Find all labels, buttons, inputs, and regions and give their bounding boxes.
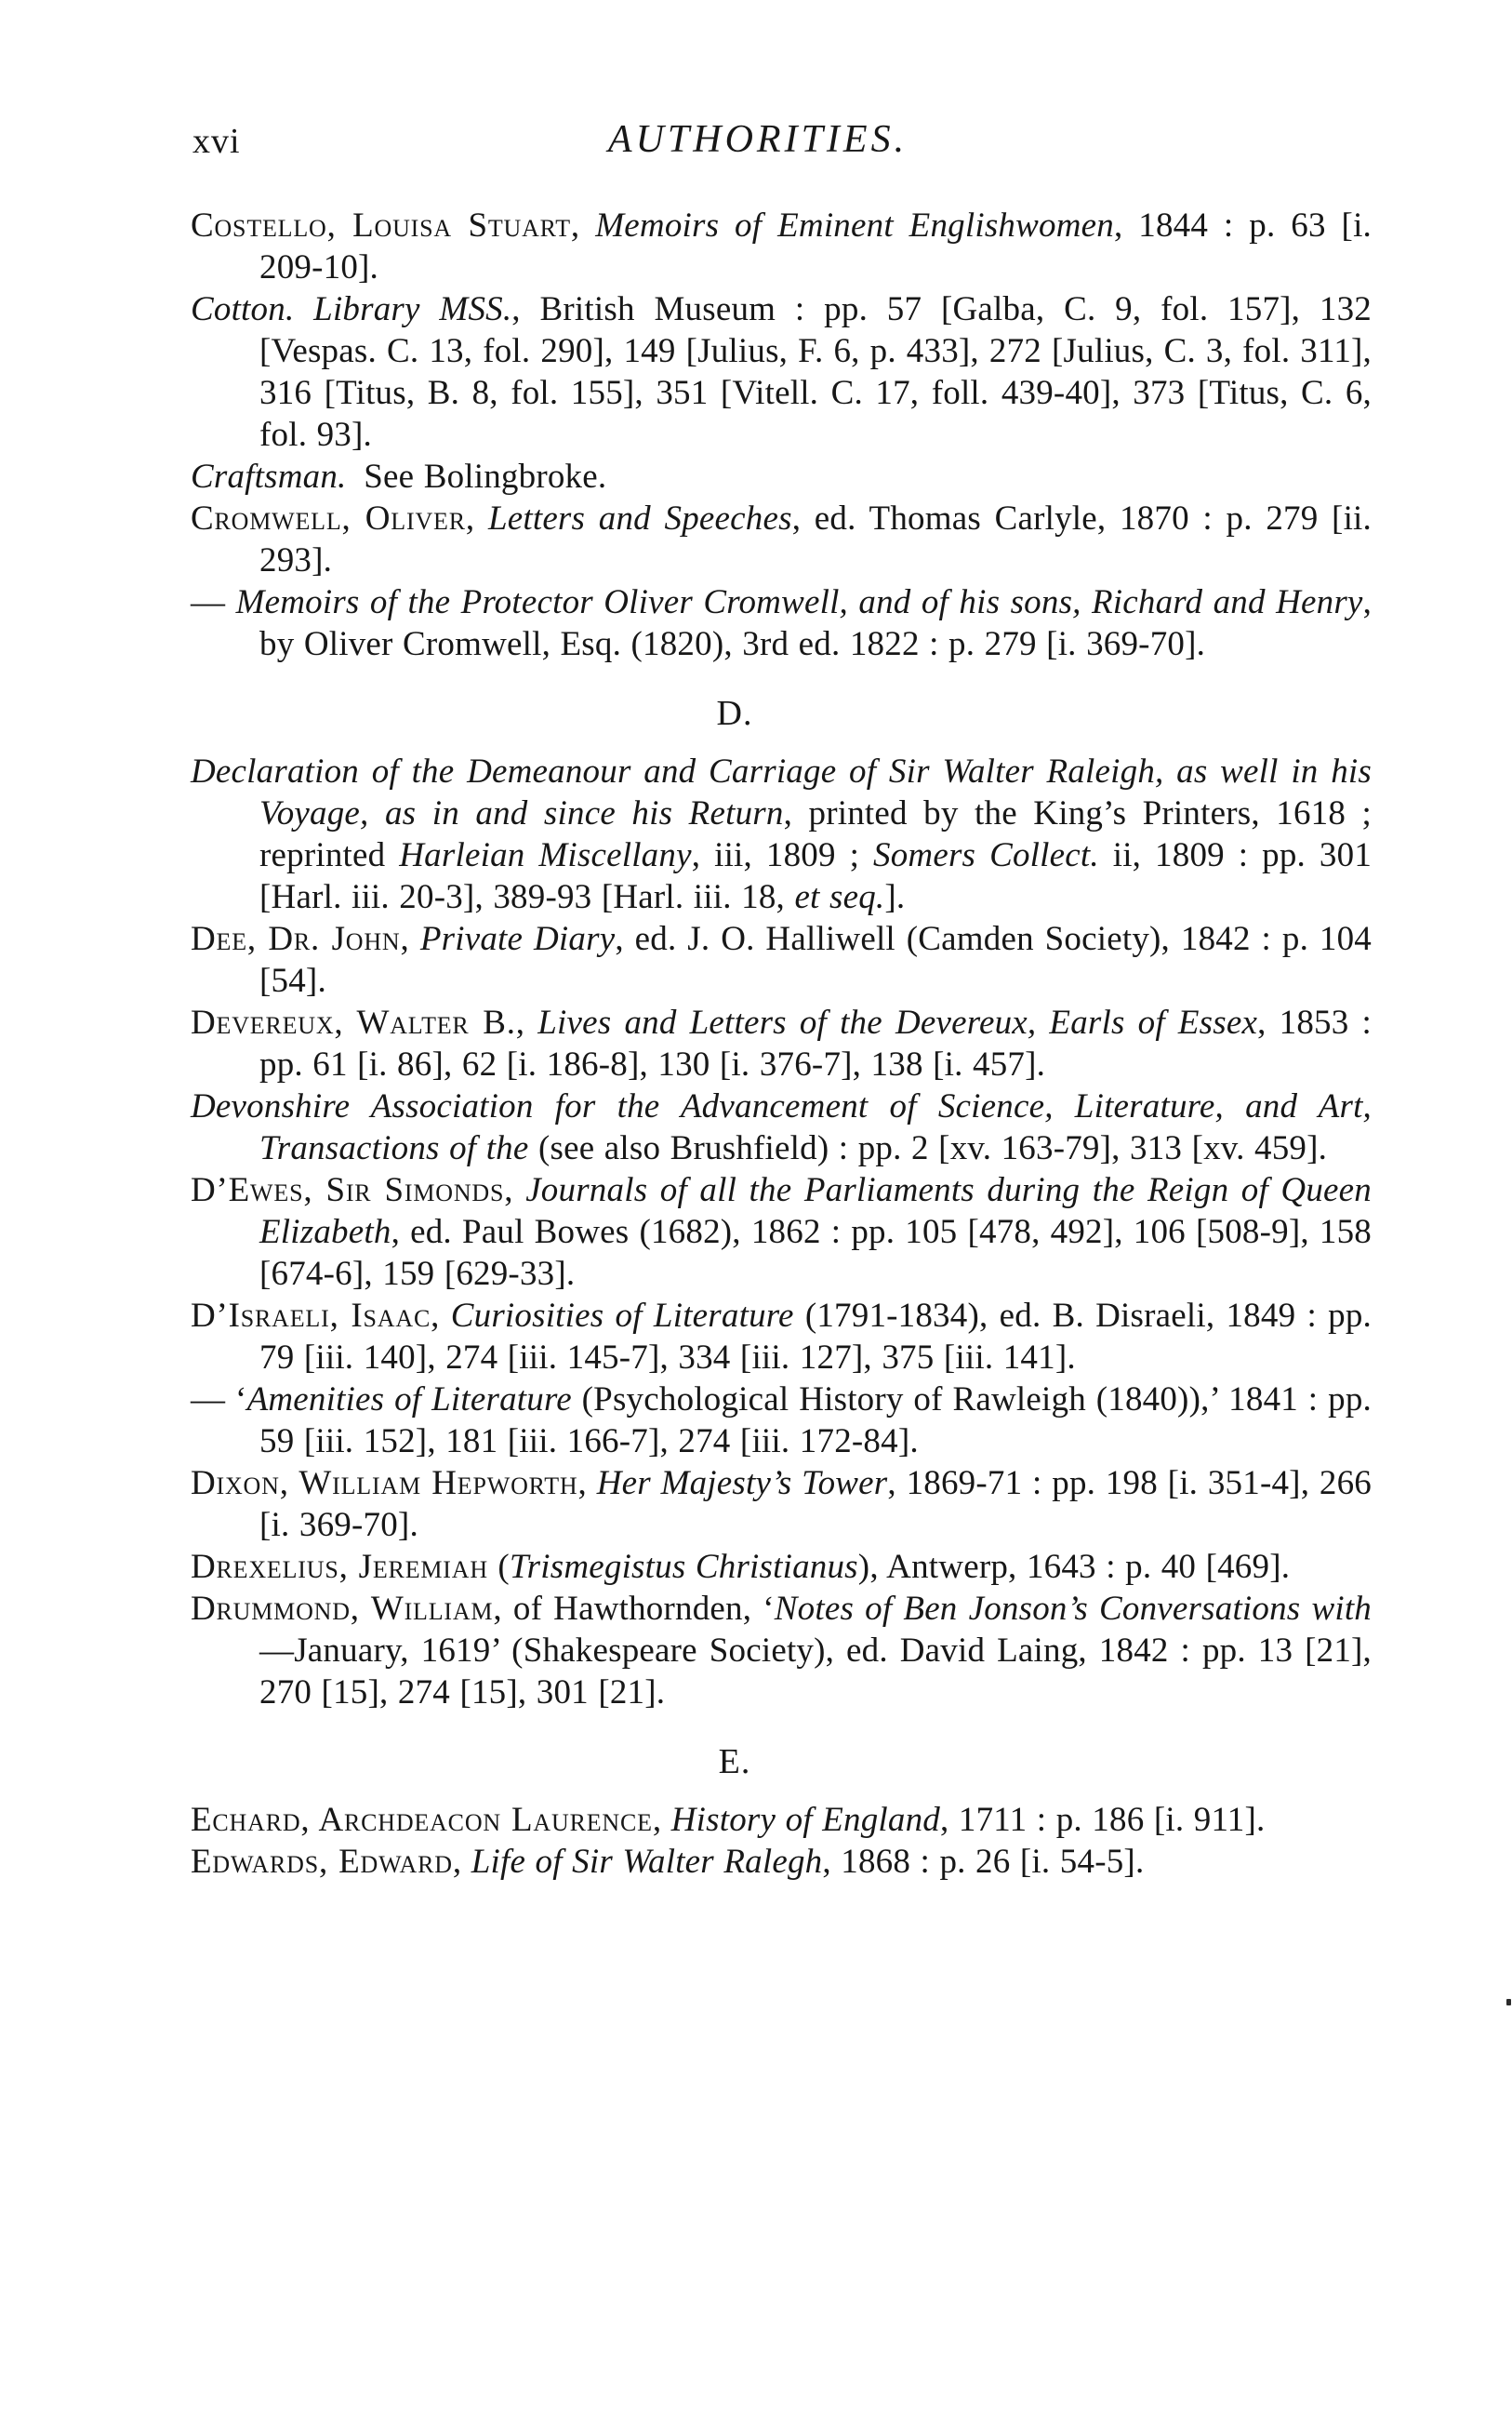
entry-segment-plain: ), Antwerp, 1643 : p. 40 [469].: [858, 1548, 1290, 1586]
entry-segment-smallcaps: Drexelius, Jeremiah: [191, 1548, 488, 1586]
bibliography-entry: Edwards, Edward, Life of Sir Walter Rale…: [191, 1841, 1372, 1883]
page-header: xvi AUTHORITIES.: [191, 117, 1372, 166]
bibliography-entry: Dee, Dr. John, Private Diary, ed. J. O. …: [191, 918, 1372, 1002]
entry-segment-italic: Lives and Letters of the Devereux, Earls…: [537, 1004, 1257, 1042]
entry-segment-plain: (see also Brushfield) : pp. 2 [xv. 163-7…: [529, 1129, 1328, 1167]
entry-segment-italic: Trismegistus Christianus: [510, 1548, 858, 1586]
entry-segment-smallcaps: Devereux, Walter B.: [191, 1004, 516, 1042]
entry-segment-italic: Cotton. Library MSS.: [191, 290, 511, 328]
entry-segment-plain: , ed. Paul Bowes (1682), 1862 : pp. 105 …: [259, 1213, 1372, 1293]
entry-segment-italic: Somers Collect.: [873, 836, 1099, 874]
entry-segment-italic: Private Diary: [420, 920, 616, 958]
ink-speck: [1506, 1999, 1511, 2005]
bibliography-entry: D’Ewes, Sir Simonds, Journals of all the…: [191, 1169, 1372, 1295]
bibliography-entry: Drummond, William, of Hawthornden, ‘Note…: [191, 1588, 1372, 1713]
entry-segment-plain: —: [191, 583, 236, 621]
bibliography: Costello, Louisa Stuart, Memoirs of Emin…: [191, 205, 1372, 1883]
entry-segment-plain: ].: [884, 878, 905, 916]
entry-segment-italic: Notes of Ben Jonson’s Conversations with: [775, 1590, 1372, 1628]
bibliography-entry: Declaration of the Demeanour and Carriag…: [191, 751, 1372, 918]
section-heading: D.: [191, 692, 1279, 735]
bibliography-entry: — Memoirs of the Protector Oliver Cromwe…: [191, 581, 1372, 665]
entry-segment-plain: , 1868 : p. 26 [i. 54-5].: [822, 1843, 1144, 1881]
entry-segment-italic: Amenities of Literature: [247, 1380, 572, 1419]
entry-segment-plain: — ‘: [191, 1380, 247, 1419]
bibliography-entry: Devereux, Walter B., Lives and Letters o…: [191, 1002, 1372, 1086]
bibliography-entry: Cromwell, Oliver, Letters and Speeches, …: [191, 498, 1372, 581]
entry-segment-italic: Life of Sir Walter Ralegh: [471, 1843, 823, 1881]
entry-segment-plain: ,: [401, 920, 420, 958]
entry-segment-italic: Craftsman.: [191, 458, 347, 496]
entry-segment-smallcaps: Drummond, William: [191, 1590, 493, 1628]
entry-segment-italic: Letters and Speeches: [488, 500, 792, 538]
section-heading: E.: [191, 1740, 1279, 1783]
entry-segment-plain: ,: [453, 1843, 471, 1881]
bibliography-entry: — ‘Amenities of Literature (Psychologica…: [191, 1379, 1372, 1462]
entry-segment-plain: See Bolingbroke.: [347, 458, 607, 496]
entry-segment-smallcaps: Dee, Dr. John: [191, 920, 401, 958]
bibliography-entry: D’Israeli, Isaac, Curiosities of Literat…: [191, 1295, 1372, 1379]
bibliography-entry: Dixon, William Hepworth, Her Majesty’s T…: [191, 1462, 1372, 1546]
entry-segment-italic: Harleian Miscellany: [399, 836, 691, 874]
entry-segment-italic: Curiosities of Literature: [451, 1297, 794, 1335]
entry-segment-plain: ,: [431, 1297, 451, 1335]
bibliography-entry: Devonshire Association for the Advanceme…: [191, 1086, 1372, 1169]
entry-segment-smallcaps: Dixon, William Hepworth: [191, 1464, 577, 1502]
bibliography-entry: Echard, Archdeacon Laurence, History of …: [191, 1799, 1372, 1841]
entry-segment-plain: ,: [466, 500, 488, 538]
entry-segment-italic: Memoirs of Eminent Englishwomen: [595, 206, 1114, 245]
entry-segment-smallcaps: Echard, Archdeacon Laurence: [191, 1801, 653, 1839]
entry-segment-plain: , iii, 1809 ;: [692, 836, 873, 874]
bibliography-entry: Craftsman. See Bolingbroke.: [191, 456, 1372, 498]
entry-segment-italic: et seq.: [794, 878, 884, 916]
entry-segment-plain: (: [488, 1548, 510, 1586]
entry-segment-italic: Her Majesty’s Tower: [597, 1464, 888, 1502]
bibliography-entry: Costello, Louisa Stuart, Memoirs of Emin…: [191, 205, 1372, 288]
entry-segment-smallcaps: D’Ewes, Sir Simonds: [191, 1171, 504, 1209]
bibliography-entry: Cotton. Library MSS., British Museum : p…: [191, 288, 1372, 456]
entry-segment-plain: , of Hawthornden, ‘: [493, 1590, 774, 1628]
entry-segment-smallcaps: Cromwell, Oliver: [191, 500, 466, 538]
entry-segment-plain: ,: [516, 1004, 538, 1042]
entry-segment-smallcaps: Edwards, Edward: [191, 1843, 453, 1881]
entry-segment-smallcaps: Costello, Louisa Stuart: [191, 206, 571, 245]
entry-segment-plain: ,: [571, 206, 595, 245]
bibliography-entry: Drexelius, Jeremiah (Trismegistus Christ…: [191, 1546, 1372, 1588]
entry-segment-plain: ,: [577, 1464, 596, 1502]
entry-segment-italic: Memoirs of the Protector Oliver Cromwell…: [236, 583, 1363, 621]
entry-segment-smallcaps: D’Israeli, Isaac: [191, 1297, 431, 1335]
entry-segment-italic: History of England: [671, 1801, 940, 1839]
entry-segment-plain: ,: [504, 1171, 525, 1209]
entry-segment-plain: —January, 1619’ (Shakespeare Society), e…: [259, 1632, 1372, 1712]
running-title: AUTHORITIES.: [191, 117, 1325, 162]
entry-segment-plain: , 1711 : p. 186 [i. 911].: [940, 1801, 1265, 1839]
entry-segment-plain: ,: [653, 1801, 671, 1839]
scanned-page: xvi AUTHORITIES. Costello, Louisa Stuart…: [0, 0, 1512, 2411]
